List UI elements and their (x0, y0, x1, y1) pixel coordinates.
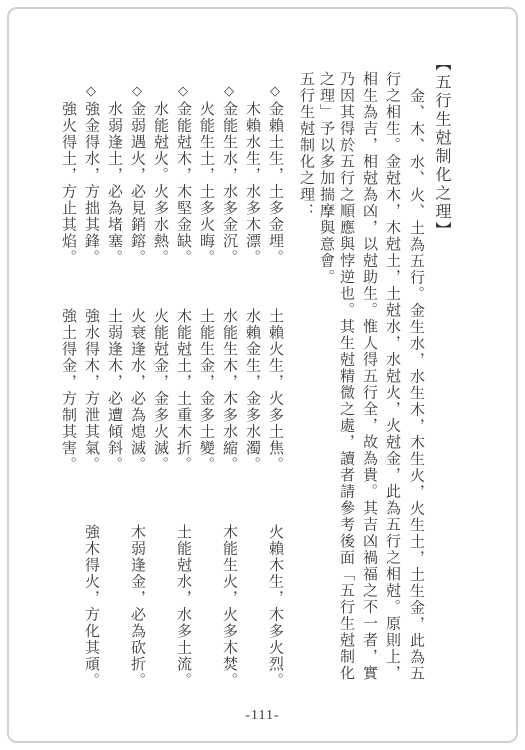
phrase: 強金得水，方拙其鋒。 (81, 101, 101, 266)
diamond-bullet-icon: ◇ (224, 84, 234, 98)
phrase-column: 強火得土，方止其焰。 強土得金，方制其害。 (58, 84, 78, 724)
diamond-bullet-icon: ◇ (270, 84, 280, 98)
intro-column: 相生為吉，相尅為凶，以尅助生。惟人得五行全，故為貴。其吉凶禍福之不一者，實 (359, 71, 379, 682)
phrase: 火能生土，土多火晦。 (196, 101, 216, 266)
page-number: -111- (0, 708, 525, 724)
phrase-column: ◇ 金賴土生，土多金埋。 土賴火生，火多土焦。 火賴木生，木多火烈。 (265, 84, 285, 724)
phrase: 木能尅土，土重木折。 (173, 308, 193, 473)
phrase: 強土得金，方制其害。 (58, 308, 78, 473)
intro-column: 行之相生。金尅木，木尅土，土尅水，水尅火，火尅金，此為五行之相尅。原則上， (382, 71, 402, 682)
phrase: 火衰逢水，必為熄滅。 (127, 308, 147, 473)
phrase-column: 水弱逢土，必為堵塞。 土弱逢木，必遭傾斜。 (104, 84, 124, 724)
phrase-column: ◇ 金弱遇火，必見銷鎔。 火衰逢水，必為熄滅。 木弱逢金，必為砍折。 (127, 84, 147, 724)
diamond-bullet-icon: ◇ (86, 84, 96, 98)
phrase: 土能生金，金多土變。 (196, 308, 216, 473)
phrase: 水能尅火。火多水熱。 (150, 101, 170, 266)
phrase-column: 水能尅火。火多水熱。 火能尅金，金多火滅。 (150, 84, 170, 724)
phrase: 水賴金生，金多水濁。 (242, 308, 262, 473)
phrase-column: 火能生土，土多火晦。 土能生金，金多土變。 (196, 84, 216, 724)
phrase-column: ◇ 強金得水，方拙其鋒。 強水得木，方泄其氣。 強木得火，方化其頑。 (81, 84, 101, 724)
intro-column: 之理」予以多加揣摩與意會。 (316, 71, 336, 286)
phrase: 木能生火，火多木焚。 (219, 524, 239, 689)
phrase: 水弱逢土，必為堵塞。 (104, 101, 124, 266)
phrase: 土賴火生，火多土焦。 (265, 308, 285, 473)
intro-column: 金、木、水、火、土為五行。金生水，水生木，木生火，火生土，土生金，此為五 (406, 88, 426, 682)
phrase: 強水得木，方泄其氣。 (81, 308, 101, 473)
phrase: 金能尅木，木堅金缺。 (173, 101, 193, 266)
phrase: 土能尅水，水多土流。 (173, 524, 193, 689)
book-page: 【五行生尅制化之理】 金、木、水、火、土為五行。金生水，水生木，木生火，火生土，… (0, 0, 525, 750)
phrase: 強火得土，方止其焰。 (58, 101, 78, 266)
phrase: 強木得火，方化其頑。 (81, 524, 101, 689)
phrase: 水能生木，木多水縮。 (219, 308, 239, 473)
intro-column: 乃因其得於五行之順應與悖逆也。其生尅精微之處，讀者請參考後面「五行生尅制化 (336, 71, 356, 682)
page-title: 【五行生尅制化之理】 (430, 55, 452, 240)
phrase: 土弱逢木，必遭傾斜。 (104, 308, 124, 473)
phrase: 金賴土生，土多金埋。 (265, 101, 285, 266)
phrase: 金能生水，水多金沉。 (219, 101, 239, 266)
phrase-column: ◇ 金能尅木，木堅金缺。 木能尅土，土重木折。 土能尅水，水多土流。 (173, 84, 193, 724)
phrase: 火能尅金，金多火滅。 (150, 308, 170, 473)
section-heading: 五行生尅制化之理： (296, 71, 316, 220)
diamond-bullet-icon: ◇ (178, 84, 188, 98)
phrase: 木賴水生，水多木漂。 (242, 101, 262, 266)
phrase-column: ◇ 金能生水，水多金沉。 水能生木，木多水縮。 木能生火，火多木焚。 (219, 84, 239, 724)
phrase: 火賴木生，木多火烈。 (265, 524, 285, 689)
phrase-column: 木賴水生，水多木漂。 水賴金生，金多水濁。 (242, 84, 262, 724)
phrase: 金弱遇火，必見銷鎔。 (127, 101, 147, 266)
phrase: 木弱逢金，必為砍折。 (127, 524, 147, 689)
diamond-bullet-icon: ◇ (132, 84, 142, 98)
